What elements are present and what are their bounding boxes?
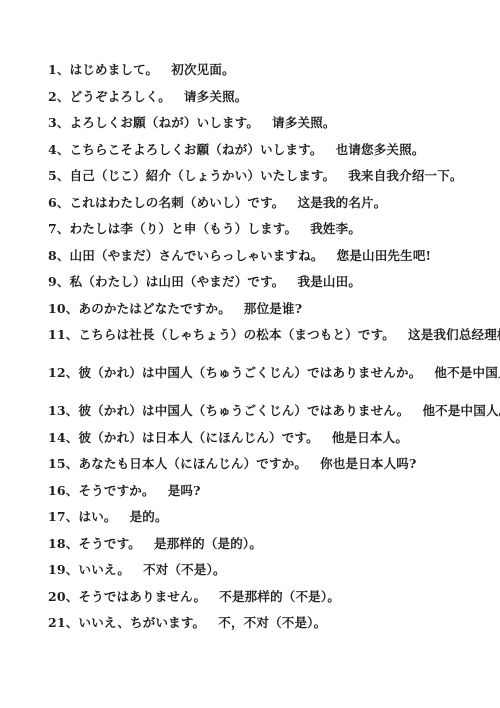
phrase-list: 1、はじめまして。初次见面。 2、どうぞよろしく。请多关照。 3、よろしくお願（… [48, 57, 490, 637]
phrase-row: 6、これはわたしの名刺（めいし）です。这是我的名片。 [48, 190, 490, 217]
phrase-japanese: あのかたはどなたですか。 [79, 301, 231, 316]
phrase-row: 9、私（わたし）は山田（やまだ）です。我是山田。 [48, 269, 490, 296]
phrase-row: 3、よろしくお願（ねが）いします。请多关照。 [48, 110, 490, 137]
phrase-chinese: 我姓李。 [310, 221, 361, 236]
phrase-row: 13、彼（かれ）は中国人（ちゅうごくじん）ではありません。他不是中国人。 [48, 398, 490, 425]
phrase-japanese: はい。 [79, 509, 117, 524]
phrase-number: 12、 [48, 365, 79, 380]
phrase-number: 11、 [48, 327, 79, 342]
phrase-japanese: あなたも日本人（にほんじん）ですか。 [79, 456, 308, 471]
phrase-japanese: 彼（かれ）は日本人（にほんじん）です。 [79, 430, 319, 445]
phrase-row: 18、そうです。是那样的（是的）。 [48, 531, 490, 558]
phrase-chinese: 这是我们总经理松本。 [408, 327, 500, 342]
phrase-number: 7、 [48, 221, 70, 236]
phrase-chinese: 他是日本人。 [332, 430, 408, 445]
phrase-chinese: 不是那样的（不是）。 [219, 589, 340, 604]
phrase-japanese: こちらは社長（しゃちょう）の松本（まつもと）です。 [79, 327, 396, 342]
phrase-japanese: 自己（じこ）紹介（しょうかい）いたします。 [70, 168, 336, 183]
phrase-number: 2、 [48, 89, 70, 104]
phrase-number: 1、 [48, 62, 70, 77]
phrase-number: 17、 [48, 509, 79, 524]
phrase-row: 21、いいえ、ちがいます。不，不对（不是）。 [48, 610, 490, 637]
phrase-chinese: 您是山田先生吧! [337, 248, 432, 263]
phrase-row: 8、山田（やまだ）さんでいらっしゃいますね。您是山田先生吧! [48, 243, 490, 270]
phrase-chinese: 请多关照。 [184, 89, 248, 104]
phrase-japanese: 私（わたし）は山田（やまだ）です。 [70, 274, 285, 289]
phrase-number: 10、 [48, 301, 79, 316]
phrase-row: 14、彼（かれ）は日本人（にほんじん）です。他是日本人。 [48, 425, 490, 452]
phrase-number: 5、 [48, 168, 70, 183]
phrase-chinese: 他不是中国人。 [422, 403, 500, 418]
phrase-chinese: 是的。 [130, 509, 168, 524]
phrase-japanese: いいえ、ちがいます。 [79, 615, 206, 630]
document-page: 1、はじめまして。初次见面。 2、どうぞよろしく。请多关照。 3、よろしくお願（… [0, 0, 500, 708]
phrase-number: 21、 [48, 615, 79, 630]
phrase-row: 17、はい。是的。 [48, 504, 490, 531]
phrase-row: 12、彼（かれ）は中国人（ちゅうごくじん）ではありませんか。他不是中国人吗? [48, 360, 490, 387]
phrase-number: 6、 [48, 195, 70, 210]
phrase-chinese: 也请您多关照。 [336, 142, 425, 157]
phrase-japanese: そうではありません。 [79, 589, 207, 604]
phrase-number: 3、 [48, 115, 70, 130]
phrase-chinese: 不对（不是）。 [143, 562, 226, 577]
phrase-row: 5、自己（じこ）紹介（しょうかい）いたします。我来自我介绍一下。 [48, 163, 490, 190]
phrase-japanese: 彼（かれ）は中国人（ちゅうごくじん）ではありませんか。 [79, 365, 422, 380]
phrase-chinese: 你也是日本人吗? [320, 456, 416, 471]
phrase-japanese: そうですか。 [79, 483, 155, 498]
phrase-number: 15、 [48, 456, 79, 471]
phrase-row: 19、いいえ。不对（不是）。 [48, 557, 490, 584]
phrase-number: 20、 [48, 589, 79, 604]
phrase-number: 18、 [48, 536, 79, 551]
phrase-row: 16、そうですか。是吗? [48, 478, 490, 505]
phrase-japanese: 山田（やまだ）さんでいらっしゃいますね。 [70, 248, 324, 263]
phrase-chinese: 初次见面。 [171, 62, 235, 77]
phrase-chinese: 是那样的（是的）。 [154, 536, 262, 551]
phrase-japanese: 彼（かれ）は中国人（ちゅうごくじん）ではありません。 [79, 403, 410, 418]
phrase-row: 11、こちらは社長（しゃちょう）の松本（まつもと）です。这是我们总经理松本。 [48, 322, 490, 349]
phrase-japanese: どうぞよろしく。 [70, 89, 171, 104]
phrase-japanese: これはわたしの名刺（めいし）です。 [70, 195, 285, 210]
phrase-row: 4、こちらこそよろしくお願（ねが）いします。也请您多关照。 [48, 137, 490, 164]
phrase-row: 15、あなたも日本人（にほんじん）ですか。你也是日本人吗? [48, 451, 490, 478]
phrase-number: 14、 [48, 430, 79, 445]
phrase-japanese: わたしは李（り）と申（もう）します。 [70, 221, 298, 236]
phrase-number: 19、 [48, 562, 79, 577]
phrase-japanese: よろしくお願（ねが）いします。 [70, 115, 260, 130]
phrase-number: 8、 [48, 248, 70, 263]
phrase-japanese: そうです。 [79, 536, 142, 551]
phrase-number: 13、 [48, 403, 79, 418]
phrase-row: 7、わたしは李（り）と申（もう）します。我姓李。 [48, 216, 490, 243]
phrase-row: 20、そうではありません。不是那样的（不是）。 [48, 584, 490, 611]
phrase-number: 9、 [48, 274, 70, 289]
phrase-chinese: 我来自我介绍一下。 [348, 168, 462, 183]
phrase-number: 4、 [48, 142, 70, 157]
phrase-chinese: 这是我的名片。 [298, 195, 387, 210]
phrase-japanese: いいえ。 [79, 562, 131, 577]
phrase-chinese: 他不是中国人吗? [434, 365, 500, 380]
phrase-chinese: 是吗? [168, 483, 201, 498]
phrase-chinese: 那位是谁? [244, 301, 302, 316]
phrase-row: 1、はじめまして。初次见面。 [48, 57, 490, 84]
phrase-japanese: こちらこそよろしくお願（ねが）いします。 [70, 142, 323, 157]
phrase-row: 10、あのかたはどなたですか。那位是谁? [48, 296, 490, 323]
phrase-number: 16、 [48, 483, 79, 498]
phrase-chinese: 请多关照。 [272, 115, 336, 130]
phrase-chinese: 我是山田。 [298, 274, 362, 289]
phrase-chinese: 不，不对（不是）。 [218, 615, 326, 630]
phrase-row: 2、どうぞよろしく。请多关照。 [48, 84, 490, 111]
phrase-japanese: はじめまして。 [70, 62, 159, 77]
